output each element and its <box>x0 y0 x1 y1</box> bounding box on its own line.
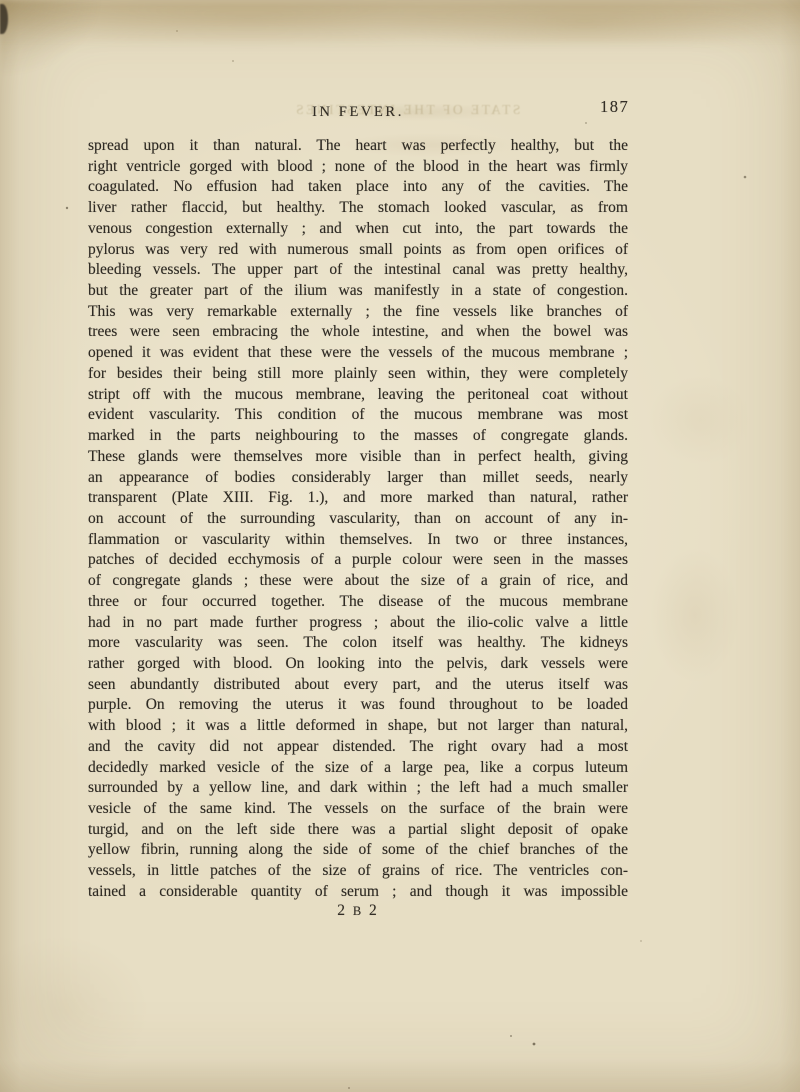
body-text-line: transparent (Plate XIII. Fig. 1.), and m… <box>88 488 628 509</box>
body-text-line: yellow fibrin, running along the side of… <box>88 840 628 861</box>
running-title: IN FEVER. <box>88 104 628 121</box>
body-text-line: marked in the parts neighbouring to the … <box>88 426 628 447</box>
body-text-line: on account of the surrounding vascularit… <box>88 509 628 530</box>
body-text-line: right ventricle gorged with blood ; none… <box>88 157 628 178</box>
body-text-line: an appearance of bodies considerably lar… <box>88 468 628 489</box>
body-text-line: three or four occurred together. The dis… <box>88 592 628 613</box>
body-text-line: had in no part made further progress ; a… <box>88 613 628 634</box>
body-text-line: spread upon it than natural. The heart w… <box>88 136 628 157</box>
book-page: STATE OF THE INTESTINES IN FEVER. 187 sp… <box>0 0 800 1092</box>
body-text-line: purple. On removing the uterus it was fo… <box>88 695 628 716</box>
body-text-line: pylorus was very red with numerous small… <box>88 240 628 261</box>
body-text-line: evident vascularity. This condition of t… <box>88 405 628 426</box>
paper-specks <box>0 0 2 2</box>
page-number: 187 <box>600 97 629 117</box>
body-text-line: seen abundantly distributed about every … <box>88 675 628 696</box>
body-text-line: bleeding vessels. The upper part of the … <box>88 260 628 281</box>
body-text-line: trees were seen embracing the whole inte… <box>88 322 628 343</box>
body-text-line: flammation or vascularity within themsel… <box>88 530 628 551</box>
body-text-line: tained a considerable quantity of serum … <box>88 882 628 903</box>
body-text-line: decidedly marked vesicle of the size of … <box>88 758 628 779</box>
body-text-line: and the cavity did not appear distended.… <box>88 737 628 758</box>
body-text-line: This was very remarkable externally ; th… <box>88 302 628 323</box>
signature-mark: 2 B 2 <box>88 902 628 920</box>
body-text-line: for besides their being still more plain… <box>88 364 628 385</box>
body-text-line: but the greater part of the ilium was ma… <box>88 281 628 302</box>
body-text-line: turgid, and on the left side there was a… <box>88 820 628 841</box>
body-text-line: vessels, in little patches of the size o… <box>88 861 628 882</box>
scan-edge-mark <box>0 4 8 34</box>
body-text-line: These glands were themselves more visibl… <box>88 447 628 468</box>
body-text-line: coagulated. No effusion had taken place … <box>88 177 628 198</box>
page-header: IN FEVER. <box>88 104 628 124</box>
body-text-line: with blood ; it was a little deformed in… <box>88 716 628 737</box>
body-text-line: patches of decided ecchymosis of a purpl… <box>88 550 628 571</box>
signature-suffix: 2 <box>369 902 379 919</box>
page-corner-shadow <box>0 0 120 90</box>
body-text-line: surrounded by a yellow line, and dark wi… <box>88 778 628 799</box>
body-text-line: rather gorged with blood. On looking int… <box>88 654 628 675</box>
body-text-line: venous congestion externally ; and when … <box>88 219 628 240</box>
body-text-line: more vascularity was seen. The colon its… <box>88 633 628 654</box>
body-text: spread upon it than natural. The heart w… <box>88 136 628 903</box>
body-text-line: stript off with the mucous membrane, lea… <box>88 385 628 406</box>
signature-prefix: 2 <box>337 902 347 919</box>
signature-letter: B <box>353 904 363 918</box>
scan-top-shadow <box>0 2 800 44</box>
body-text-line: opened it was evident that these were th… <box>88 343 628 364</box>
body-text-line: vesicle of the same kind. The vessels on… <box>88 799 628 820</box>
body-text-line: of congregate glands ; these were about … <box>88 571 628 592</box>
body-text-line: liver rather flaccid, but healthy. The s… <box>88 198 628 219</box>
